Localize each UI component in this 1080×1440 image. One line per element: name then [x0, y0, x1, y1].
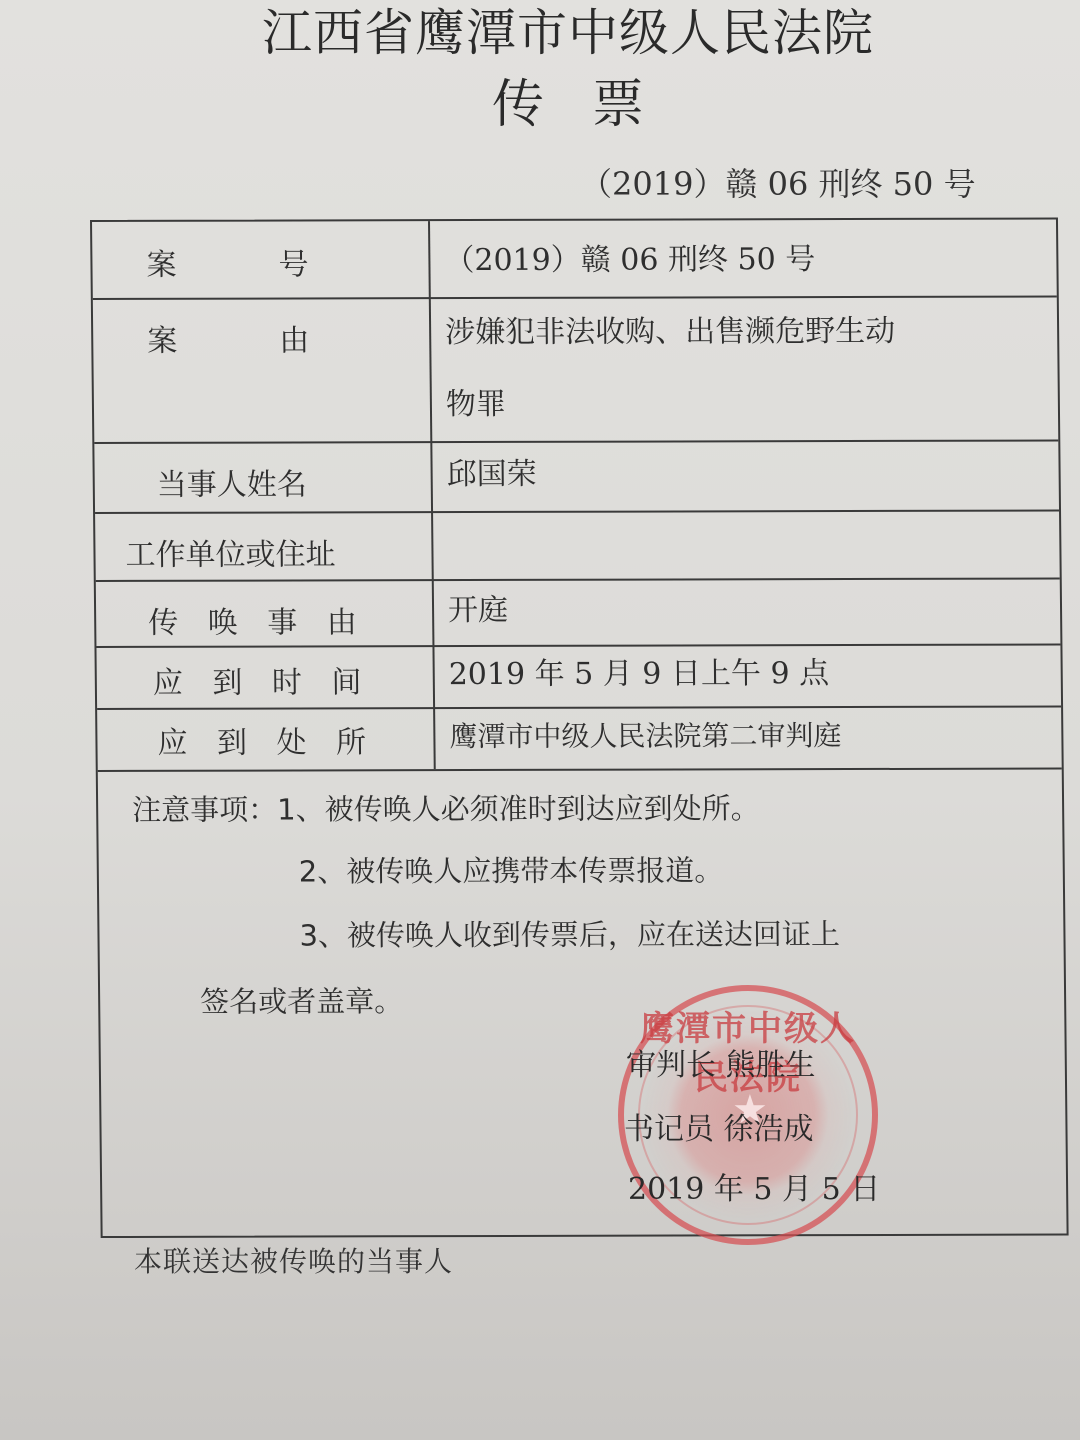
value-case-cause: 涉嫌犯非法收购、出售濒危野生动 物罪	[445, 295, 1048, 441]
notes-line-1: 注意事项：1、被传唤人必须准时到达应到处所。	[132, 786, 760, 829]
label-text: 工作单位或住址	[125, 529, 335, 574]
row-work-unit-address: 工作单位或住址	[95, 509, 1060, 582]
document-type-title: 传票	[492, 72, 692, 138]
summons-form-table: 案 号 （2019）赣 06 刑终 50 号 案 由 涉嫌犯非法收购、出售濒危野…	[90, 217, 1069, 1238]
note-item-2: 2、被传唤人应携带本传票报道。	[299, 848, 724, 890]
row-case-cause: 案 由 涉嫌犯非法收购、出售濒危野生动 物罪	[93, 295, 1058, 444]
document-case-number: （2019）赣 06 刑终 50 号	[580, 162, 976, 206]
label-appearance-place: 应 到 处 所	[97, 707, 436, 770]
label-work-unit-address: 工作单位或住址	[95, 511, 434, 580]
issue-date: 2019 年 5 月 5 日	[628, 1164, 880, 1208]
label-char: 由	[279, 315, 309, 359]
value-party-name: 邱国荣	[446, 438, 1049, 512]
label-char: 案	[147, 316, 177, 360]
label-case-cause: 案 由	[93, 297, 432, 442]
label-text: 应 到 时 间	[153, 657, 372, 702]
label-char: 案	[146, 240, 176, 284]
value-case-cause-line1: 涉嫌犯非法收购、出售濒危野生动	[445, 295, 1048, 369]
delivery-note: 本联送达被传唤的当事人	[134, 1240, 453, 1280]
label-text: 应 到 处 所	[157, 717, 376, 762]
label-summons-reason: 传 唤 事 由	[96, 579, 435, 646]
value-summons-reason: 开庭	[448, 574, 1051, 648]
court-name: 江西省鹰潭市中级人民法院	[262, 0, 882, 66]
value-appearance-place: 鹰潭市中级人民法院第二审判庭	[449, 700, 1052, 774]
label-text: 传 唤 事 由	[148, 597, 367, 642]
presiding-judge-signature: 审判长 熊胜生	[626, 1040, 816, 1084]
value-case-cause-line2: 物罪	[446, 368, 1049, 442]
summons-document: 江西省鹰潭市中级人民法院 传票 （2019）赣 06 刑终 50 号 案 号 （…	[0, 0, 1080, 1440]
row-appearance-place: 应 到 处 所 鹰潭市中级人民法院第二审判庭	[97, 705, 1062, 772]
note-item-3: 3、被传唤人收到传票后，应在送达回证上	[299, 912, 840, 954]
notes-section: 注意事项：1、被传唤人必须准时到达应到处所。 2、被传唤人应携带本传票报道。 3…	[98, 767, 1067, 1236]
value-case-number: （2019）赣 06 刑终 50 号	[444, 223, 1047, 297]
note-item-1: 1、被传唤人必须准时到达应到处所。	[277, 791, 760, 826]
label-case-number: 案 号	[92, 221, 431, 298]
row-party-name: 当事人姓名 邱国荣	[94, 439, 1059, 514]
label-appearance-time: 应 到 时 间	[96, 645, 435, 708]
label-text: 当事人姓名	[157, 459, 307, 503]
label-party-name: 当事人姓名	[94, 441, 433, 512]
notes-heading: 注意事项：	[132, 793, 277, 827]
note-item-3-continuation: 签名或者盖章。	[200, 979, 403, 1021]
clerk-signature: 书记员 徐浩成	[624, 1104, 814, 1148]
row-case-number: 案 号 （2019）赣 06 刑终 50 号	[92, 219, 1057, 300]
label-char: 号	[278, 239, 308, 283]
